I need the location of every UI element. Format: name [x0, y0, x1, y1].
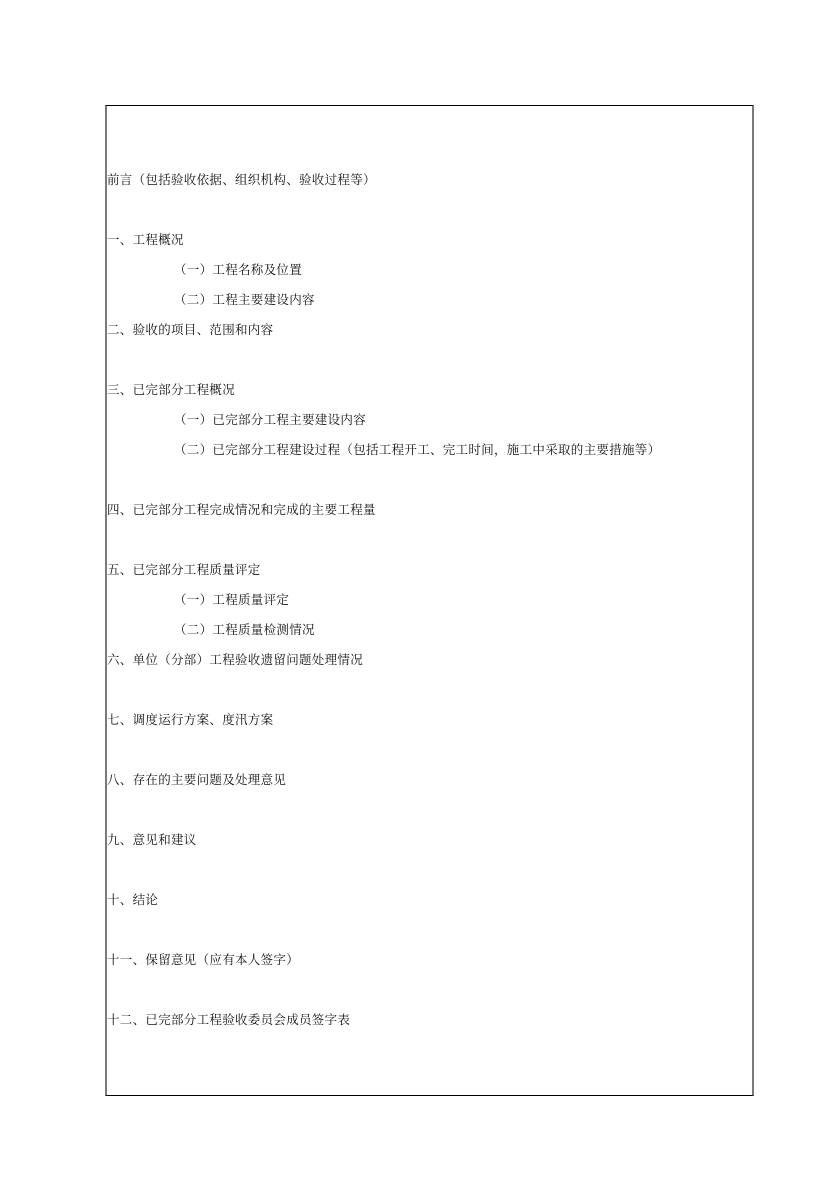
section-3-sub-2: （二）已完部分工程建设过程（包括工程开工、完工时间，施工中采取的主要措施等） [174, 442, 660, 458]
section-2-heading: 二、验收的项目、范围和内容 [107, 322, 273, 338]
section-5-sub-1: （一）工程质量评定 [174, 592, 289, 608]
section-1-sub-2: （二）工程主要建设内容 [174, 292, 315, 308]
section-9-heading: 九、意见和建议 [107, 832, 197, 848]
section-10-heading: 十、结论 [107, 892, 158, 908]
section-12-heading: 十二、已完部分工程验收委员会成员签字表 [107, 1012, 350, 1028]
section-7-heading: 七、调度运行方案、度汛方案 [107, 712, 273, 728]
section-8-heading: 八、存在的主要问题及处理意见 [107, 772, 286, 788]
section-5-heading: 五、已完部分工程质量评定 [107, 562, 261, 578]
section-5-sub-2: （二）工程质量检测情况 [174, 622, 315, 638]
section-3-heading: 三、已完部分工程概况 [107, 382, 235, 398]
section-6-heading: 六、单位（分部）工程验收遗留问题处理情况 [107, 652, 363, 668]
section-1-heading: 一、工程概况 [107, 232, 184, 248]
section-11-heading: 十一、保留意见（应有本人签字） [107, 952, 299, 968]
section-3-sub-1: （一）已完部分工程主要建设内容 [174, 412, 366, 428]
section-1-sub-1: （一）工程名称及位置 [174, 262, 302, 278]
preface-heading: 前言（包括验收依据、组织机构、验收过程等） [107, 172, 376, 188]
section-4-heading: 四、已完部分工程完成情况和完成的主要工程量 [107, 502, 376, 518]
